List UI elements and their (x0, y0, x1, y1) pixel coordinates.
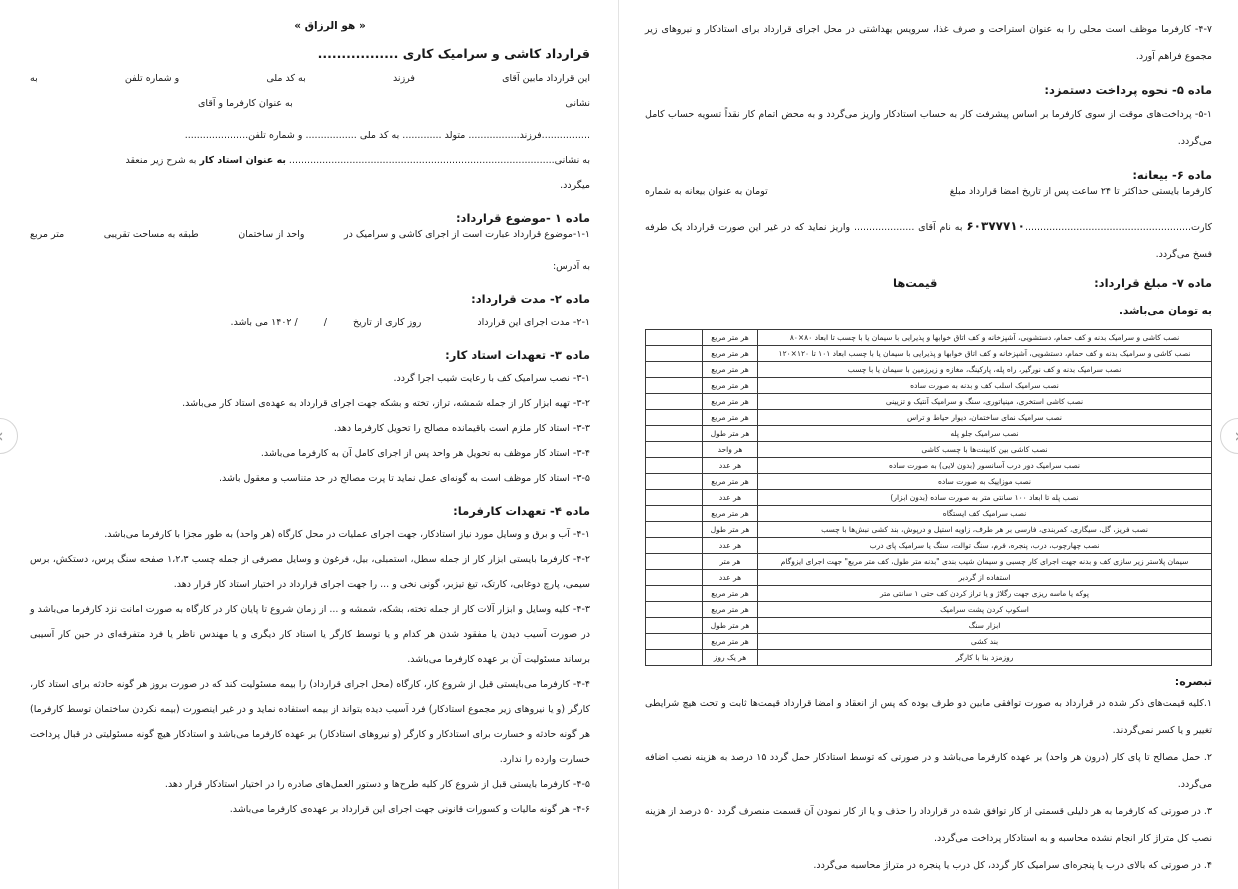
price-row: استفاده از گردبرهر عدد (646, 570, 1212, 586)
intro-text: به کد ملی (266, 73, 305, 84)
price-row: نصب سرامیک بدنه و کف نورگیر، راه پله، پا… (646, 362, 1212, 378)
intro-text: به شرح زیر منعقد (126, 155, 200, 166)
price-amount-cell (646, 490, 703, 506)
section-heading-made2: ماده ۲- مدت قرارداد: (30, 292, 590, 306)
made1-line-2: به آدرس: (30, 254, 590, 279)
price-desc-cell: نصب سرامیک دور درب آسانسور (بدون لایی) ب… (758, 458, 1212, 474)
price-row: نصب سرامیک اسلب کف و بدنه به صورت سادههر… (646, 378, 1212, 394)
price-unit-cell: هر یک روز (703, 650, 758, 666)
price-row: نصب چهارچوب، درب، پنجره، فرم، سنگ توالت،… (646, 538, 1212, 554)
clause-text: تومان به عنوان بیعانه به شماره (645, 186, 768, 197)
intro-text: به (30, 73, 38, 84)
price-amount-cell (646, 522, 703, 538)
intro-text: به عنوان کارفرما و آقای (198, 98, 293, 109)
price-table: نصب کاشی و سرامیک بدنه و کف حمام، دستشوی… (645, 329, 1212, 666)
intro-line-1: این قرارداد مابین آقای فرزند به کد ملی و… (30, 73, 590, 98)
chevron-left-icon: ‹ (0, 425, 4, 447)
price-row: نصب سرامیک نمای ساختمان، دیوار حیاط و تر… (646, 410, 1212, 426)
clause-text: / (324, 317, 327, 328)
price-unit-cell: هر متر مربع (703, 586, 758, 602)
price-desc-cell: ابزار سنگ (758, 618, 1212, 634)
clause-text: روز کاری از تاریخ (353, 317, 421, 328)
clause-item: ۴-۴- کارفرما می‌بایستی قبل از شروع کار، … (30, 672, 590, 772)
section-heading-made1: ماده ۱ -موضوع قرارداد: (30, 211, 590, 225)
price-desc-cell: نصب کاشی استخری، مینیاتوری، سنگ و سرامیک… (758, 394, 1212, 410)
contract-page-2: ۴-۷- کارفرما موظف است محلی را به عنوان ا… (619, 0, 1238, 889)
price-amount-cell (646, 634, 703, 650)
price-amount-cell (646, 346, 703, 362)
card-number: ۶۰۳۷۷۷۱۰ (966, 219, 1025, 233)
note-item: ۳. در صورتی که کارفرما به هر دلیلی قسمتی… (645, 798, 1212, 852)
price-amount-cell (646, 650, 703, 666)
price-amount-cell (646, 330, 703, 346)
contract-page-1: « هو الرزاق » قرارداد کاشی و سرامیک کاری… (0, 0, 618, 889)
note-item: ۲. حمل مصالح تا پای کار (درون هر واحد) ب… (645, 744, 1212, 798)
clause-item: ۳-۴- استاد کار موظف به تحویل هر واحد پس … (30, 441, 590, 466)
made7-heading-line: ماده ۷- مبلغ قرارداد: قیمت‌ها (645, 276, 1212, 300)
clause-text: ۱-۱-موضوع قرارداد عبارت است از اجرای کاش… (344, 229, 590, 240)
section-heading-made6: ماده ۶- بیعانه: (645, 168, 1212, 182)
intro-line-2: نشانی به عنوان کارفرما و آقای (30, 98, 590, 123)
price-row: نصب کاشی بین کابینت‌ها با چسب کاشیهر واح… (646, 442, 1212, 458)
price-desc-cell: نصب سرامیک نمای ساختمان، دیوار حیاط و تر… (758, 410, 1212, 426)
clause-text: کارت....................................… (1025, 222, 1212, 233)
document-viewer: ‹ « هو الرزاق » قرارداد کاشی و سرامیک کا… (0, 0, 1238, 889)
price-desc-cell: نصب سرامیک کف ایستگاه (758, 506, 1212, 522)
section-heading-made3: ماده ۳- تعهدات استاد کار: (30, 348, 590, 362)
intro-text: و شماره تلفن (125, 73, 179, 84)
price-row: نصب کاشی و سرامیک بدنه و کف حمام، دستشوی… (646, 346, 1212, 362)
clause-item: ۴-۱- آب و برق و وسایل مورد نیاز استادکار… (30, 522, 590, 547)
section-heading-made4: ماده ۴- تعهدات کارفرما: (30, 504, 590, 518)
price-row: نصب پله تا ابعاد ۱۰۰ سانتی متر به صورت س… (646, 490, 1212, 506)
price-desc-cell: نصب فریز، گل، سیگاری، کمربندی، فارسی بر … (758, 522, 1212, 538)
price-unit-cell: هر متر مربع (703, 362, 758, 378)
price-table-body: نصب کاشی و سرامیک بدنه و کف حمام، دستشوی… (646, 330, 1212, 666)
intro-text: این قرارداد مابین آقای (502, 73, 590, 84)
made1-line-1: ۱-۱-موضوع قرارداد عبارت است از اجرای کاش… (30, 229, 590, 254)
clause-text: طبقه به مساحت تقریبی (104, 229, 199, 240)
two-page-spread: « هو الرزاق » قرارداد کاشی و سرامیک کاری… (0, 0, 1238, 889)
price-amount-cell (646, 410, 703, 426)
price-unit-cell: هر متر طول (703, 522, 758, 538)
clause-text: ۲-۱- مدت اجرای این قرارداد (477, 317, 590, 328)
clause-text: کارفرما بایستی حداکثر تا ۲۴ ساعت پس از ت… (950, 186, 1212, 197)
price-unit-cell: هر متر مربع (703, 506, 758, 522)
clause-item: ۳-۵- استاد کار موظف است به گونه‌ای عمل ن… (30, 466, 590, 491)
deposit-line-1: کارفرما بایستی حداکثر تا ۲۴ ساعت پس از ت… (645, 186, 1212, 213)
intro-text: به نشانی................................… (286, 155, 590, 166)
price-unit-cell: هر عدد (703, 538, 758, 554)
bismillah-heading: « هو الرزاق » (70, 20, 590, 32)
intro-line-4: به نشانی................................… (30, 148, 590, 173)
clause-text: / ۱۴۰۲ می باشد. (231, 317, 298, 328)
price-amount-cell (646, 538, 703, 554)
price-desc-cell: پوکه یا ماسه ریزی جهت رگلاژ و یا تراز کر… (758, 586, 1212, 602)
clause-item: ۴-۵- کارفرما بایستی قبل از شروع کار کلیه… (30, 772, 590, 797)
clause-item: ۵-۱- پرداخت‌های موقت از سوی کارفرما بر ا… (645, 101, 1212, 155)
price-row: سیمان پلاستر زیر سازی کف و بدنه جهت اجرا… (646, 554, 1212, 570)
clause-item: ۴-۳- کلیه وسایل و ابزار آلات کار از جمله… (30, 597, 590, 672)
price-amount-cell (646, 602, 703, 618)
intro-text: فرزند (393, 73, 415, 84)
price-row: نصب فریز، گل، سیگاری، کمربندی، فارسی بر … (646, 522, 1212, 538)
price-desc-cell: نصب سرامیک بدنه و کف نورگیر، راه پله، پا… (758, 362, 1212, 378)
clause-item: ۴-۷- کارفرما موظف است محلی را به عنوان ا… (645, 16, 1212, 70)
price-unit-cell: هر متر مربع (703, 346, 758, 362)
clause-item: ۳-۱- نصب سرامیک کف با رعایت شیب اجرا گرد… (30, 366, 590, 391)
price-amount-cell (646, 394, 703, 410)
price-unit-cell: هر متر مربع (703, 410, 758, 426)
price-amount-cell (646, 474, 703, 490)
price-desc-cell: اسکوپ کردن پشت سرامیک (758, 602, 1212, 618)
price-amount-cell (646, 458, 703, 474)
clause-item: ۴-۶- هر گونه مالیات و کسورات قانونی جهت … (30, 797, 590, 822)
price-desc-cell: نصب چهارچوب، درب، پنجره، فرم، سنگ توالت،… (758, 538, 1212, 554)
price-unit-cell: هر متر مربع (703, 602, 758, 618)
intro-line-3: ................فرزند................. م… (30, 123, 590, 148)
price-desc-cell: نصب پله تا ابعاد ۱۰۰ سانتی متر به صورت س… (758, 490, 1212, 506)
ostad-kar-label: به عنوان استاد کار (199, 155, 285, 166)
price-desc-cell: سیمان پلاستر زیر سازی کف و بدنه جهت اجرا… (758, 554, 1212, 570)
price-desc-cell: نصب سرامیک جلو پله (758, 426, 1212, 442)
deposit-line-2: کارت....................................… (645, 213, 1212, 268)
price-desc-cell: نصب کاشی و سرامیک بدنه و کف حمام، دستشوی… (758, 330, 1212, 346)
price-desc-cell: بند کشی (758, 634, 1212, 650)
price-row: نصب موزاییک به صورت سادههر متر مربع (646, 474, 1212, 490)
price-row: نصب سرامیک کف ایستگاههر متر مربع (646, 506, 1212, 522)
chevron-right-icon: › (1234, 425, 1238, 447)
price-unit-cell: هر متر طول (703, 426, 758, 442)
price-amount-cell (646, 362, 703, 378)
price-desc-cell: روزمزد بنا با کارگر (758, 650, 1212, 666)
price-amount-cell (646, 506, 703, 522)
price-unit-cell: هر متر مربع (703, 394, 758, 410)
price-desc-cell: نصب سرامیک اسلب کف و بدنه به صورت ساده (758, 378, 1212, 394)
price-desc-cell: استفاده از گردبر (758, 570, 1212, 586)
price-amount-cell (646, 442, 703, 458)
made2-line-1: ۲-۱- مدت اجرای این قراردادروز کاری از تا… (30, 310, 590, 335)
price-amount-cell (646, 554, 703, 570)
price-amount-cell (646, 618, 703, 634)
price-row: بند کشیهر متر مربع (646, 634, 1212, 650)
note-item: ۱.کلیه قیمت‌های ذکر شده در قرارداد به صو… (645, 690, 1212, 744)
contract-title: قرارداد کاشی و سرامیک کاری .............… (30, 46, 590, 61)
intro-line-5: میگردد. (30, 173, 590, 198)
price-row: نصب کاشی استخری، مینیاتوری، سنگ و سرامیک… (646, 394, 1212, 410)
clause-item: ۳-۳- استاد کار ملزم است باقیمانده مصالح … (30, 416, 590, 441)
note-item: ۴. در صورتی که بالای درب یا پنجره‌ای سرا… (645, 852, 1212, 879)
note-heading: تبصره: (645, 675, 1212, 688)
price-row: اسکوپ کردن پشت سرامیکهر متر مربع (646, 602, 1212, 618)
price-unit-cell: هر عدد (703, 458, 758, 474)
price-unit-cell: هر عدد (703, 490, 758, 506)
prices-in-toman-line: به تومان می‌باشد. (645, 300, 1212, 322)
price-amount-cell (646, 586, 703, 602)
price-unit-cell: هر متر طول (703, 618, 758, 634)
price-unit-cell: هر متر مربع (703, 378, 758, 394)
price-row: ابزار سنگهر متر طول (646, 618, 1212, 634)
intro-text: نشانی (565, 98, 590, 109)
price-row: پوکه یا ماسه ریزی جهت رگلاژ و یا تراز کر… (646, 586, 1212, 602)
price-row: روزمزد بنا با کارگرهر یک روز (646, 650, 1212, 666)
price-unit-cell: هر متر مربع (703, 330, 758, 346)
clause-text: واحد از ساختمان (238, 229, 304, 240)
clause-item: ۴-۲- کارفرما بایستی ابزار کار از جمله سط… (30, 547, 590, 597)
price-amount-cell (646, 570, 703, 586)
price-amount-cell (646, 378, 703, 394)
price-amount-cell (646, 426, 703, 442)
price-row: نصب سرامیک دور درب آسانسور (بدون لایی) ب… (646, 458, 1212, 474)
price-desc-cell: نصب موزاییک به صورت ساده (758, 474, 1212, 490)
price-unit-cell: هر واحد (703, 442, 758, 458)
price-desc-cell: نصب کاشی بین کابینت‌ها با چسب کاشی (758, 442, 1212, 458)
price-row: نصب سرامیک جلو پلههر متر طول (646, 426, 1212, 442)
clause-item: ۳-۲- تهیه ابزار کار از جمله شمشه، تراز، … (30, 391, 590, 416)
prices-word: قیمت‌ها (893, 276, 937, 290)
price-unit-cell: هر عدد (703, 570, 758, 586)
price-unit-cell: هر متر (703, 554, 758, 570)
section-heading-made7: ماده ۷- مبلغ قرارداد: (1094, 276, 1212, 290)
section-heading-made5: ماده ۵- نحوه پرداخت دستمزد: (645, 83, 1212, 97)
price-desc-cell: نصب کاشی و سرامیک بدنه و کف حمام، دستشوی… (758, 346, 1212, 362)
clause-text: متر مربع (30, 229, 64, 240)
price-unit-cell: هر متر مربع (703, 474, 758, 490)
price-row: نصب کاشی و سرامیک بدنه و کف حمام، دستشوی… (646, 330, 1212, 346)
price-unit-cell: هر متر مربع (703, 634, 758, 650)
